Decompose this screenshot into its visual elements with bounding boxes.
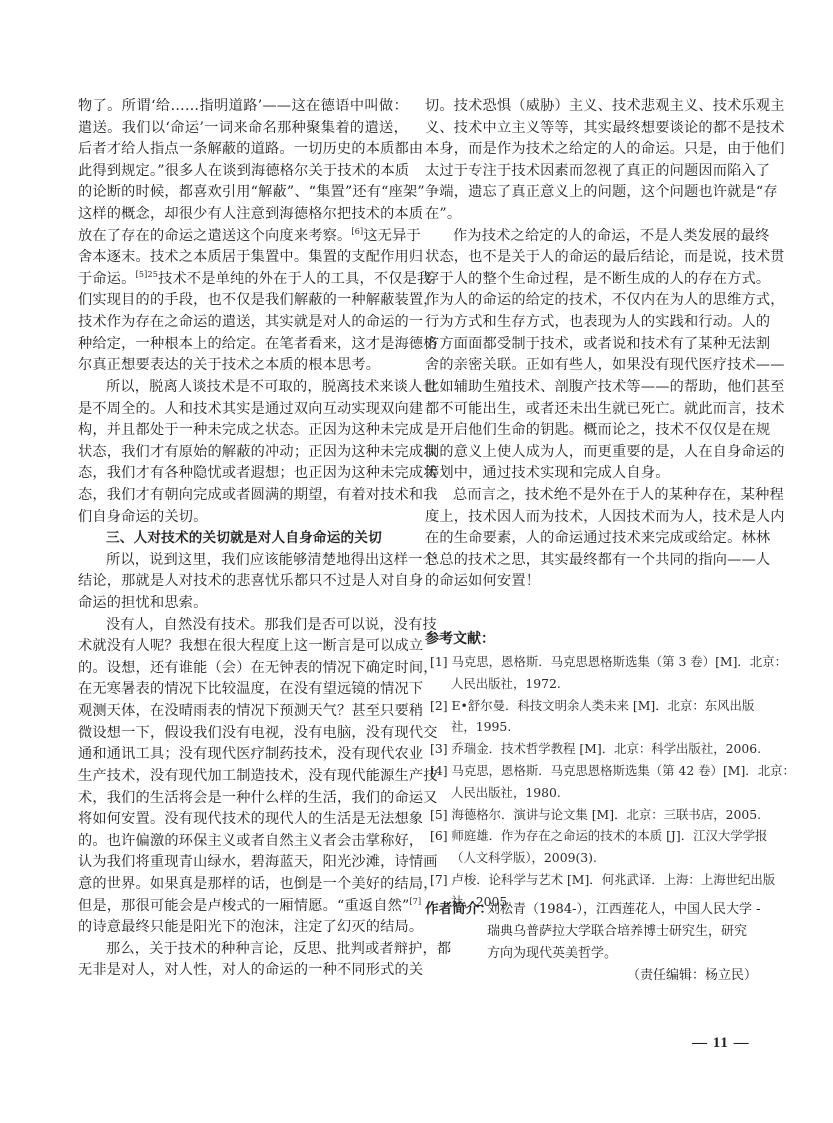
line-text: 方方面面都受制于技术，或者说和技术有了某种无法割 [425, 336, 770, 352]
author-bio-line: 作者简介：刘松青（1984-），江西莲花人，中国人民大学 - [425, 898, 757, 921]
reference-item: 社，1995. [430, 716, 756, 738]
line-text: 此得到规定。”很多人在谈到海德格尔关于技术的本质 [78, 163, 409, 179]
text-line: 的论断的时候，都喜欢引用“解蔽”、“集置”还有“座架” [78, 182, 408, 204]
line-text: 物了。所谓‘给……指明道路’——这在德语中叫做： [78, 98, 408, 114]
text-line: 技术作为存在之命运的遣送，其实就是对人的命运的一 [78, 312, 408, 334]
text-line: 认为我们将重现青山绿水，碧海蓝天，阳光沙滩，诗情画 [78, 852, 408, 874]
page-number: — 11 — [692, 1035, 750, 1052]
text-line: 的。也许偏激的环保主义或者自然主义者会击掌称好， [78, 831, 408, 853]
line-text: 技术作为存在之命运的遣送，其实就是对人的命运的一 [78, 314, 423, 330]
line-text: 在”。 [425, 206, 461, 222]
line-text: 切。技术恐惧（威胁）主义、技术悲观主义、技术乐观主 [425, 98, 785, 114]
line-text: 筹划中，通过技术实现和完成人自身。 [425, 465, 670, 481]
line-text: 无非是对人，对人性，对人的命运的一种不同形式的关 [78, 962, 423, 978]
text-line: 观测天体，在没晴雨表的情况下预测天气？甚至只要稍 [78, 701, 408, 723]
text-line: 这样的概念，却很少有人注意到海德格尔把技术的本质 [78, 204, 408, 226]
text-line: 术就没有人呢？我想在很大程度上这一断言是可以成立 [78, 636, 408, 658]
text-line: 通和通讯工具；没有现代医疗制药技术，没有现代农业 [78, 744, 408, 766]
author-bio: 作者简介：刘松青（1984-），江西莲花人，中国人民大学 - 瑞典乌普萨拉大学联… [425, 898, 757, 966]
line-text: 后者才给人指点一条解蔽的道路。一切历史的本质都由 [78, 141, 423, 157]
reference-item: [6] 师庭雄．作为存在之命运的技术的本质 [J]．江汉大学学报 [430, 825, 756, 847]
text-line: 状态，我们才有原始的解蔽的冲动；正因为这种未完成状 [78, 442, 408, 464]
text-line: 构，并且都处于一种未完成之状态。正因为这种未完成 [78, 420, 408, 442]
line-text: 总总的技术之思，其实最终都有一个共同的指向——人 [425, 552, 770, 568]
text-line: 舍本逐末。技术之本质居于集置中。集置的支配作用归 [78, 247, 408, 269]
text-line: 结论，那就是人对技术的悲喜忧乐都只不过是人对自身 [78, 571, 408, 593]
text-line: 舍的亲密关联。正如有些人，如果没有现代医疗技术—— [425, 355, 757, 377]
text-line: 态，我们才有各种隐忧或者遐想；也正因为这种未完成状 [78, 463, 408, 485]
line-text: 是开启他们生命的钥匙。概而论之，技术不仅仅是在规 [425, 422, 770, 438]
references-title: 参考文献： [425, 628, 495, 648]
line-text: 术，我们的生活将会是一种什么样的生活，我们的命运又 [78, 790, 438, 806]
text-line: 于命运。[5]25技术不是单纯的外在于人的工具，不仅是我 [78, 269, 408, 291]
line-text: 太过于专注于技术因素而忽视了真正的问题因而陷入了 [425, 163, 770, 179]
line-text: 术就没有人呢？我想在很大程度上这一断言是可以成立 [78, 638, 423, 654]
text-line: 争端，遗忘了真正意义上的问题，这个问题也许就是“存 [425, 182, 757, 204]
text-line: 制的意义上使人成为人，而更重要的是，人在自身命运的 [425, 442, 757, 464]
line-text: 态，我们才有各种隐忧或者遐想；也正因为这种未完成状 [78, 465, 438, 481]
line-text: 制的意义上使人成为人，而更重要的是，人在自身命运的 [425, 444, 785, 460]
citation-marker: [7] [409, 897, 421, 906]
text-line: 太过于专注于技术因素而忽视了真正的问题因而陷入了 [425, 161, 757, 183]
line-text: 生产技术，没有现代加工制造技术，没有现代能源生产技 [78, 768, 438, 784]
line-text: 的命运如何安置！ [425, 573, 540, 589]
left-column: 物了。所谓‘给……指明道路’——这在德语中叫做：遣送。我们以‘命运’一词来命名那… [78, 96, 408, 982]
text-line: 行为方式和生存方式，也表现为人的实践和行动。人的 [425, 312, 757, 334]
line-text: 通和通讯工具；没有现代医疗制药技术，没有现代农业 [78, 746, 423, 762]
line-text: 舍的亲密关联。正如有些人，如果没有现代医疗技术—— [425, 357, 785, 373]
line-text: 的论断的时候，都喜欢引用“解蔽”、“集置”还有“座架” [78, 184, 425, 200]
reference-item: [4] 马克思，恩格斯．马克思恩格斯选集（第 42 卷）[M]．北京： [430, 760, 756, 782]
line-text: 的。设想，还有谁能（会）在无钟表的情况下确定时间， [78, 660, 438, 676]
author-bio-line: 方向为现代英美哲学。 [425, 943, 757, 966]
reference-item: [1] 马克思，恩格斯．马克思恩格斯选集（第 3 卷）[M]．北京： [430, 651, 756, 673]
line-text: 作为人的命运的给定的技术，不仅内在为人的思维方式， [425, 292, 785, 308]
line-text: 这无异于 [363, 228, 421, 244]
text-line: 所以，说到这里，我们应该能够清楚地得出这样一个 [78, 550, 408, 572]
text-line: 在无寒暑表的情况下比较温度，在没有望远镜的情况下 [78, 679, 408, 701]
line-text: 意的世界。如果真是那样的话，也倒是一个美好的结局， [78, 876, 438, 892]
line-text: 所以，脱离人谈技术是不可取的，脱离技术来谈人也 [106, 379, 437, 395]
text-line: 比如辅助生殖技术、剖腹产技术等——的帮助，他们甚至 [425, 377, 757, 399]
line-text: 尔真正想要表达的关于技术之本质的根本思考。 [78, 357, 380, 373]
text-line: 义、技术中立主义等等，其实最终想要谈论的都不是技术 [425, 118, 757, 140]
text-line: 态，我们才有朝向完成或者圆满的期望，有着对技术和我 [78, 485, 408, 507]
line-text: 那么，关于技术的种种言论，反思、批判或者辩护，都 [106, 941, 451, 957]
line-text: 种给定，一种根本上的给定。在笔者看来，这才是海德格 [78, 336, 438, 352]
line-text: 这样的概念，却很少有人注意到海德格尔把技术的本质 [78, 206, 423, 222]
reference-item: 人民出版社，1980. [430, 782, 756, 804]
line-text: 在无寒暑表的情况下比较温度，在没有望远镜的情况下 [78, 681, 423, 697]
text-line: 是开启他们生命的钥匙。概而论之，技术不仅仅是在规 [425, 420, 757, 442]
line-text: 们自身命运的关切。 [78, 509, 208, 525]
line-text: 的。也许偏激的环保主义或者自然主义者会击掌称好， [78, 833, 423, 849]
line-text: 本身，而是作为技术之给定的人的命运。只是，由于他们 [425, 141, 785, 157]
line-text: 是不周全的。人和技术其实是通过双向互动实现双向建 [78, 401, 423, 417]
text-line: 状态，也不是关于人的命运的最后结论，而是说，技术贯 [425, 247, 757, 269]
reference-item: [5] 海德格尔．演讲与论文集 [M]．北京：三联书店，2005. [430, 804, 756, 826]
line-text: 认为我们将重现青山绿水，碧海蓝天，阳光沙滩，诗情画 [78, 854, 438, 870]
reference-item: 人民出版社，1972. [430, 673, 756, 695]
text-line: 是不周全的。人和技术其实是通过双向互动实现双向建 [78, 399, 408, 421]
line-text: 行为方式和生存方式，也表现为人的实践和行动。人的 [425, 314, 770, 330]
line-text: 都不可能出生，或者还未出生就已死亡。就此而言，技术 [425, 401, 785, 417]
text-line: 那么，关于技术的种种言论，反思、批判或者辩护，都 [78, 939, 408, 961]
line-text: 命运的担忧和思索。 [78, 595, 208, 611]
text-line: 度上，技术因人而为技术，人因技术而为人，技术是人内 [425, 507, 757, 529]
line-text: 构，并且都处于一种未完成之状态。正因为这种未完成 [78, 422, 423, 438]
text-line: 的诗意最终只能是阳光下的泡沫，注定了幻灭的结局。 [78, 917, 408, 939]
text-line: 微设想一下，假设我们没有电视，没有电脑，没有现代交 [78, 723, 408, 745]
line-text: 争端，遗忘了真正意义上的问题，这个问题也许就是“存 [425, 184, 778, 200]
line-text: 度上，技术因人而为技术，人因技术而为人，技术是人内 [425, 509, 785, 525]
text-line: 物了。所谓‘给……指明道路’——这在德语中叫做： [78, 96, 408, 118]
text-line: 无非是对人，对人性，对人的命运的一种不同形式的关 [78, 960, 408, 982]
text-line: 命运的担忧和思索。 [78, 593, 408, 615]
text-line: 都不可能出生，或者还未出生就已死亡。就此而言，技术 [425, 399, 757, 421]
text-line: 意的世界。如果真是那样的话，也倒是一个美好的结局， [78, 874, 408, 896]
line-text: 三、人对技术的关切就是对人自身命运的关切 [106, 530, 382, 546]
section-heading: 三、人对技术的关切就是对人自身命运的关切 [78, 528, 408, 550]
reference-item: （人文科学版），2009(3). [430, 847, 756, 869]
responsible-editor: （责任编辑：杨立民） [425, 965, 757, 987]
line-text: 穿于人的整个生命过程，是不断生成的人的存在方式。 [425, 271, 770, 287]
reference-item: [2] E•舒尔曼．科技文明余人类未来 [M]．北京：东风出版 [430, 695, 756, 717]
text-line: 在”。 [425, 204, 757, 226]
author-bio-text: 刘松青（1984-），江西莲花人，中国人民大学 - [487, 902, 761, 917]
line-text: 状态，也不是关于人的命运的最后结论，而是说，技术贯 [425, 249, 785, 265]
text-line: 所以，脱离人谈技术是不可取的，脱离技术来谈人也 [78, 377, 408, 399]
text-line: 们实现目的的手段，也不仅是我们解蔽的一种解蔽装置， [78, 290, 408, 312]
line-text: 观测天体，在没晴雨表的情况下预测天气？甚至只要稍 [78, 703, 423, 719]
text-line: 本身，而是作为技术之给定的人的命运。只是，由于他们 [425, 139, 757, 161]
text-line: 的命运如何安置！ [425, 571, 757, 593]
right-column: 切。技术恐惧（威胁）主义、技术悲观主义、技术乐观主义、技术中立主义等等，其实最终… [425, 96, 757, 593]
text-line: 术，我们的生活将会是一种什么样的生活，我们的命运又 [78, 788, 408, 810]
citation-marker: [5]25 [136, 270, 159, 279]
text-line: 遣送。我们以‘命运’一词来命名那种聚集着的遣送， [78, 118, 408, 140]
text-line: 的。设想，还有谁能（会）在无钟表的情况下确定时间， [78, 658, 408, 680]
line-text: 总而言之，技术绝不是外在于人的某种存在，某种程 [453, 487, 784, 503]
line-text: 遣送。我们以‘命运’一词来命名那种聚集着的遣送， [78, 120, 408, 136]
text-line: 此得到规定。”很多人在谈到海德格尔关于技术的本质 [78, 161, 408, 183]
text-line: 将如何安置。没有现代技术的现代人的生活是无法想象 [78, 809, 408, 831]
text-line: 筹划中，通过技术实现和完成人自身。 [425, 463, 757, 485]
line-text: 态，我们才有朝向完成或者圆满的期望，有着对技术和我 [78, 487, 438, 503]
line-text: 在的生命要素，人的命运通过技术来完成或给定。林林 [425, 530, 770, 546]
line-text: 放在了存在的命运之遣送这个向度来考察。 [78, 228, 351, 244]
line-text: 结论，那就是人对技术的悲喜忧乐都只不过是人对自身 [78, 573, 423, 589]
line-text: 没有人，自然没有技术。那我们是否可以说，没有技 [106, 617, 437, 633]
line-text: 微设想一下，假设我们没有电视，没有电脑，没有现代交 [78, 725, 438, 741]
text-line: 总而言之，技术绝不是外在于人的某种存在，某种程 [425, 485, 757, 507]
text-line: 们自身命运的关切。 [78, 507, 408, 529]
line-text: 义、技术中立主义等等，其实最终想要谈论的都不是技术 [425, 120, 785, 136]
text-line: 方方面面都受制于技术，或者说和技术有了某种无法割 [425, 334, 757, 356]
line-text: 但是，那很可能会是卢梭式的一厢情愿。“重返自然” [78, 898, 409, 914]
line-text: 于命运。 [78, 271, 136, 287]
text-line: 但是，那很可能会是卢梭式的一厢情愿。“重返自然”[7] [78, 896, 408, 918]
references-list: [1] 马克思，恩格斯．马克思恩格斯选集（第 3 卷）[M]．北京：人民出版社，… [430, 651, 756, 913]
text-line: 作为技术之给定的人的命运，不是人类发展的最终 [425, 226, 757, 248]
text-line: 没有人，自然没有技术。那我们是否可以说，没有技 [78, 615, 408, 637]
reference-item: [3] 乔瑞金．技术哲学教程 [M]．北京：科学出版社，2006. [430, 738, 756, 760]
text-line: 穿于人的整个生命过程，是不断生成的人的存在方式。 [425, 269, 757, 291]
text-line: 尔真正想要表达的关于技术之本质的根本思考。 [78, 355, 408, 377]
line-text: 将如何安置。没有现代技术的现代人的生活是无法想象 [78, 811, 423, 827]
author-bio-line: 瑞典乌普萨拉大学联合培养博士研究生，研究 [425, 921, 757, 944]
text-line: 总总的技术之思，其实最终都有一个共同的指向——人 [425, 550, 757, 572]
text-line: 切。技术恐惧（威胁）主义、技术悲观主义、技术乐观主 [425, 96, 757, 118]
line-text: 作为技术之给定的人的命运，不是人类发展的最终 [453, 228, 770, 244]
text-line: 后者才给人指点一条解蔽的道路。一切历史的本质都由 [78, 139, 408, 161]
line-text: 技术不是单纯的外在于人的工具，不仅是我 [158, 271, 431, 287]
line-text: 比如辅助生殖技术、剖腹产技术等——的帮助，他们甚至 [425, 379, 785, 395]
line-text: 舍本逐末。技术之本质居于集置中。集置的支配作用归 [78, 249, 423, 265]
text-line: 在的生命要素，人的命运通过技术来完成或给定。林林 [425, 528, 757, 550]
text-line: 种给定，一种根本上的给定。在笔者看来，这才是海德格 [78, 334, 408, 356]
reference-item: [7] 卢梭．论科学与艺术 [M]．何兆武译．上海：上海世纪出版 [430, 869, 756, 891]
line-text: 的诗意最终只能是阳光下的泡沫，注定了幻灭的结局。 [78, 919, 423, 935]
text-line: 作为人的命运的给定的技术，不仅内在为人的思维方式， [425, 290, 757, 312]
line-text: 所以，说到这里，我们应该能够清楚地得出这样一个 [106, 552, 437, 568]
citation-marker: [6] [351, 227, 363, 236]
text-line: 生产技术，没有现代加工制造技术，没有现代能源生产技 [78, 766, 408, 788]
author-bio-label: 作者简介： [425, 898, 487, 921]
line-text: 状态，我们才有原始的解蔽的冲动；正因为这种未完成状 [78, 444, 438, 460]
text-line: 放在了存在的命运之遣送这个向度来考察。[6]这无异于 [78, 226, 408, 248]
line-text: 们实现目的的手段，也不仅是我们解蔽的一种解蔽装置， [78, 292, 438, 308]
